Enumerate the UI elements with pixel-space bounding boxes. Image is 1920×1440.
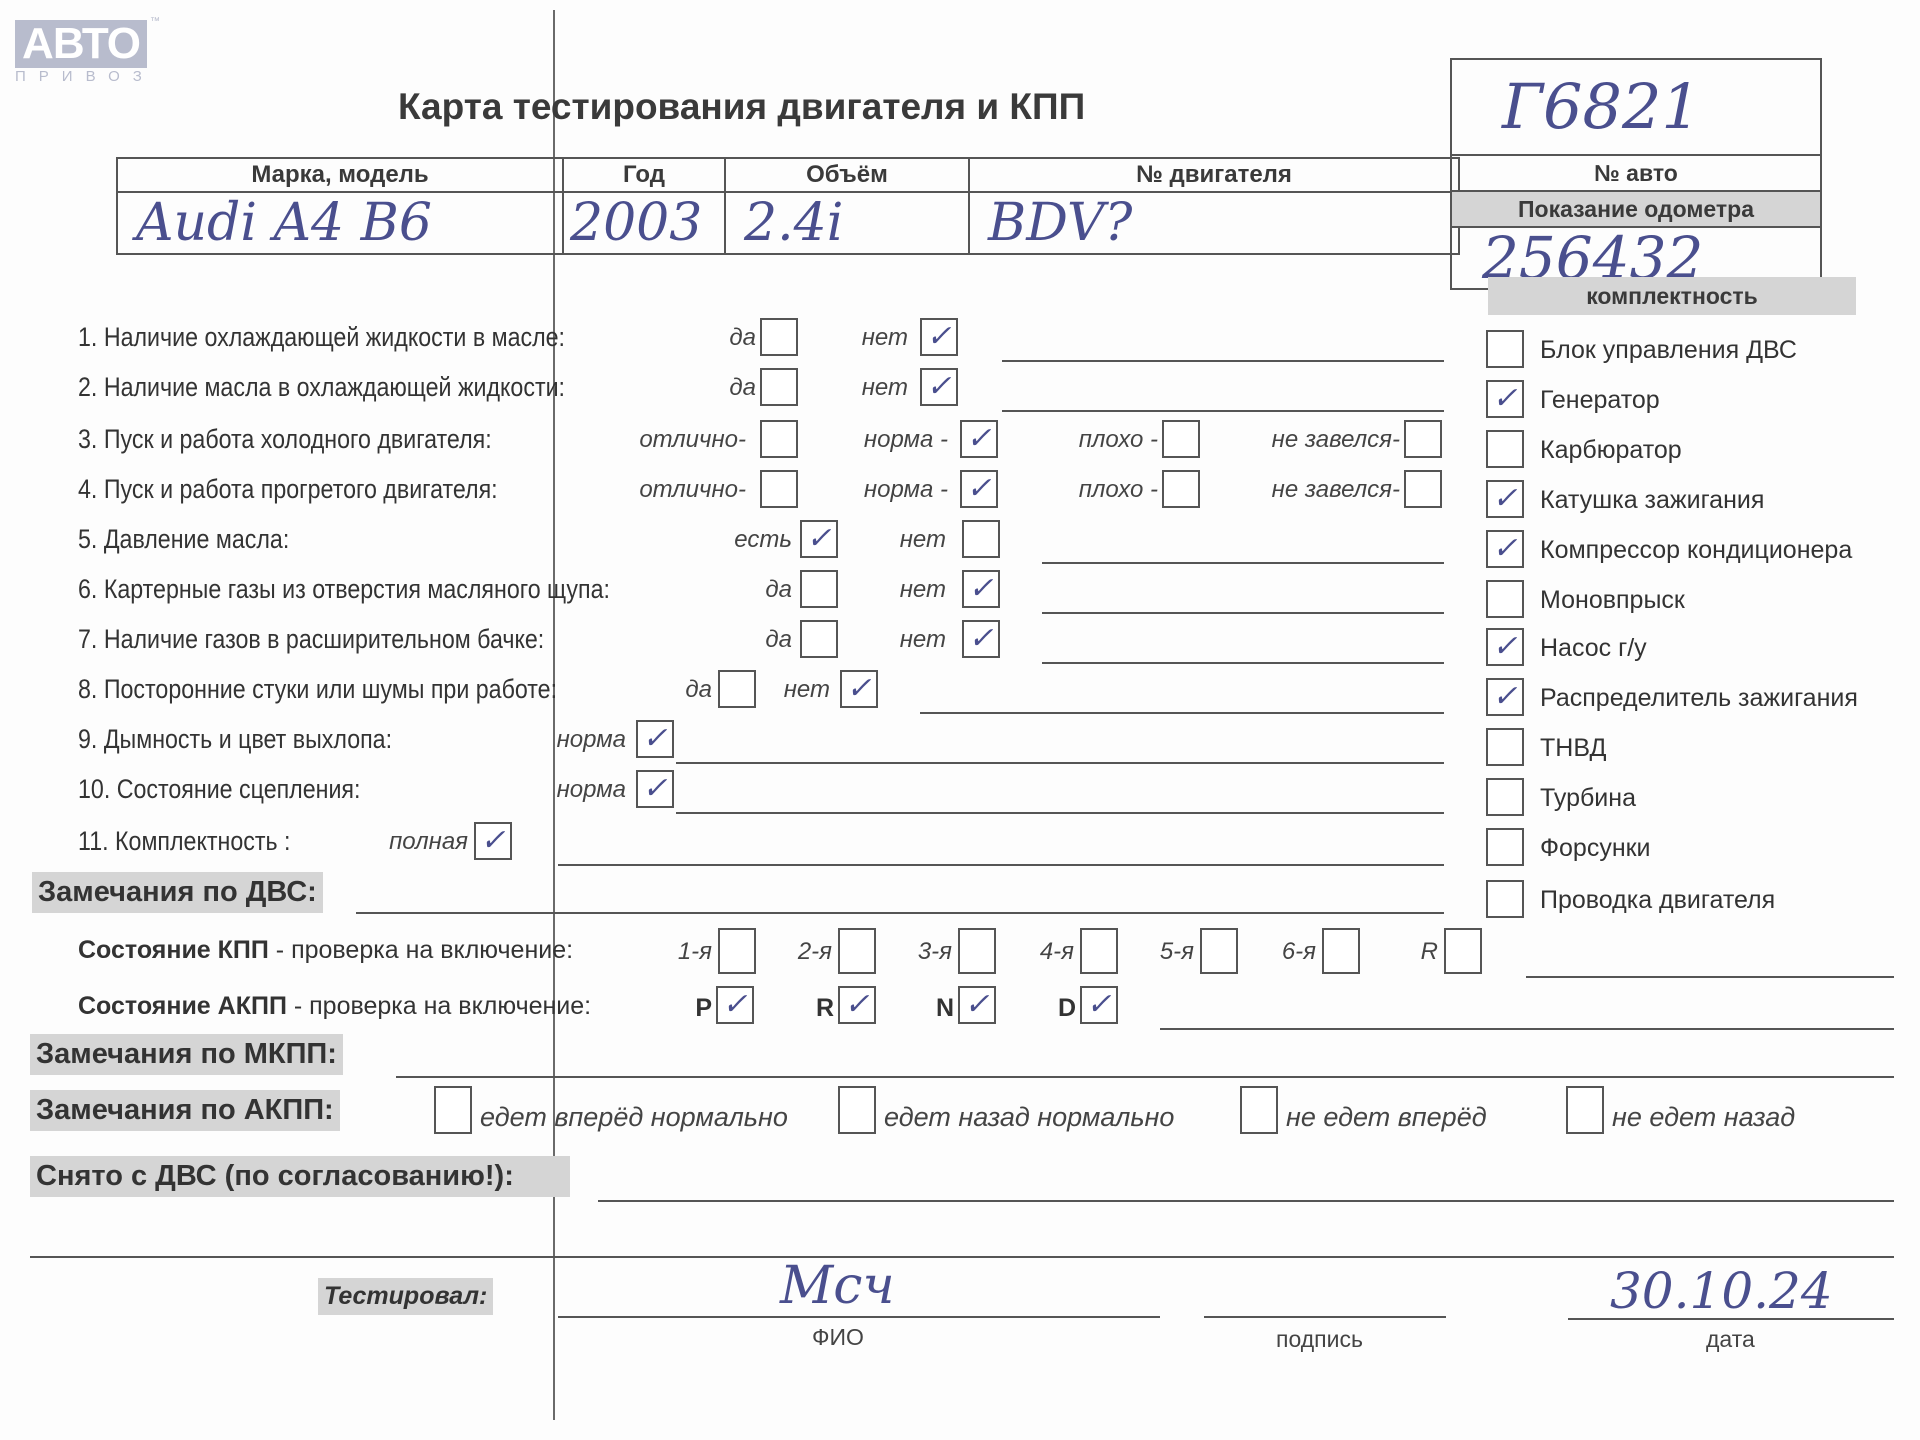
date-caption: дата — [1706, 1326, 1755, 1353]
akpp-remark-checkbox[interactable] — [838, 1086, 876, 1134]
check-3-label: 3. Пуск и работа холодного двигателя: — [78, 424, 492, 455]
check-4-option-label: отлично- — [639, 476, 746, 504]
kpp-label: Состояние КПП - проверка на включение: — [78, 936, 573, 965]
akpp-mode-label: N — [936, 994, 954, 1023]
check-6-label: 6. Картерные газы из отверстия масляного… — [78, 574, 610, 605]
check-9-checkbox[interactable]: ✓ — [636, 720, 674, 758]
check-8-checkbox[interactable] — [718, 670, 756, 708]
check-6-checkbox[interactable]: ✓ — [962, 570, 1000, 608]
signature-line[interactable] — [1204, 1316, 1446, 1318]
akpp-remark-checkbox[interactable] — [1566, 1086, 1604, 1134]
check-10-option-label: норма — [557, 776, 626, 804]
akpp-mode-label: D — [1058, 994, 1076, 1023]
remarks-mkpp-label: Замечания по МКПП: — [30, 1034, 343, 1075]
kpp-gear-label: 2-я — [798, 938, 832, 966]
komplektnost-item-label: Проводка двигателя — [1540, 886, 1775, 915]
tested-label: Тестировал: — [318, 1278, 493, 1315]
komplektnost-item-label: Турбина — [1540, 784, 1636, 813]
kpp-gear-label: 3-я — [918, 938, 952, 966]
akpp-mode-checkbox[interactable]: ✓ — [716, 986, 754, 1024]
check-7-option-label: да — [765, 626, 792, 654]
logo-subtitle: ПРИВОЗ — [15, 68, 155, 85]
komplektnost-checkbox[interactable] — [1486, 728, 1524, 766]
kpp-gear-checkbox[interactable] — [1444, 928, 1482, 974]
komplektnost-item-label: Распределитель зажигания — [1540, 684, 1858, 713]
check-4-checkbox[interactable] — [1162, 470, 1200, 508]
kpp-gear-checkbox[interactable] — [1080, 928, 1118, 974]
check-2-label: 2. Наличие масла в охлаждающей жидкости: — [78, 372, 565, 403]
komplektnost-item-label: Карбюратор — [1540, 436, 1682, 465]
check-1-option-label: да — [729, 324, 756, 352]
kpp-gear-checkbox[interactable] — [1322, 928, 1360, 974]
akpp-mode-label: R — [816, 994, 834, 1023]
check-2-remark-line[interactable] — [1002, 410, 1444, 412]
akpp-mode-label: P — [695, 994, 712, 1023]
check-11-remark-line[interactable] — [558, 864, 1444, 866]
logo: АВТО — [15, 20, 147, 68]
kpp-gear-label: R — [1421, 938, 1438, 966]
check-3-option-label: норма - — [864, 426, 948, 454]
komplektnost-checkbox[interactable] — [1486, 430, 1524, 468]
check-4-label: 4. Пуск и работа прогретого двигателя: — [78, 474, 498, 505]
removed-label: Снято с ДВС (по согласованию!): — [30, 1156, 570, 1197]
komplektnost-checkbox[interactable]: ✓ — [1486, 480, 1524, 518]
komplektnost-checkbox[interactable] — [1486, 828, 1524, 866]
check-9-remark-line[interactable] — [676, 762, 1444, 764]
check-8-option-label: да — [685, 676, 712, 704]
check-5-checkbox[interactable] — [962, 520, 1000, 558]
page-title: Карта тестирования двигателя и КПП — [398, 86, 1085, 128]
check-3-option-label: плохо - — [1079, 426, 1158, 454]
check-9-label: 9. Дымность и цвет выхлопа: — [78, 724, 392, 755]
check-3-checkbox[interactable] — [1404, 420, 1442, 458]
komplektnost-checkbox[interactable]: ✓ — [1486, 380, 1524, 418]
year-value[interactable]: 2003 — [563, 192, 725, 254]
akpp-remark-label: едет вперёд нормально — [480, 1102, 788, 1133]
fio-value[interactable]: Мсч — [780, 1256, 895, 1316]
komplektnost-heading: комплектность — [1488, 277, 1856, 315]
komplektnost-checkbox[interactable] — [1486, 330, 1524, 368]
col-header-engine-number: № двигателя — [969, 158, 1459, 192]
col-header-model: Марка, модель — [117, 158, 563, 192]
check-5-option-label: нет — [900, 526, 946, 554]
check-2-checkbox[interactable] — [760, 368, 798, 406]
date-value[interactable]: 30.10.24 — [1610, 1262, 1833, 1320]
check-7-checkbox[interactable] — [800, 620, 838, 658]
komplektnost-item-label: Форсунки — [1540, 834, 1651, 863]
akpp-remark-label: едет назад нормально — [884, 1102, 1174, 1133]
check-4-checkbox[interactable] — [1404, 470, 1442, 508]
check-6-option-label: да — [765, 576, 792, 604]
akpp-mode-checkbox[interactable]: ✓ — [1080, 986, 1118, 1024]
signature-caption: подпись — [1276, 1326, 1363, 1353]
plate-label: № авто — [1452, 156, 1820, 192]
col-header-year: Год — [563, 158, 725, 192]
model-value[interactable]: Audi A4 B6 — [117, 192, 563, 254]
komplektnost-item-label: Насос г/у — [1540, 634, 1647, 663]
check-6-option-label: нет — [900, 576, 946, 604]
check-6-checkbox[interactable] — [800, 570, 838, 608]
vehicle-info-table: Марка, модель Год Объём № двигателя Audi… — [116, 157, 1460, 255]
check-4-option-label: не завелся- — [1272, 476, 1400, 504]
akpp-mode-checkbox[interactable]: ✓ — [958, 986, 996, 1024]
check-1-option-label: нет — [862, 324, 908, 352]
akpp-remark-label: не едет вперёд — [1286, 1102, 1487, 1133]
kpp-gear-label: 5-я — [1160, 938, 1194, 966]
check-5-remark-line[interactable] — [1042, 562, 1444, 564]
check-9-option-label: норма — [557, 726, 626, 754]
kpp-gear-label: 1-я — [678, 938, 712, 966]
check-8-remark-line[interactable] — [920, 712, 1444, 714]
akpp-remark-checkbox[interactable] — [1240, 1086, 1278, 1134]
komplektnost-item-label: ТНВД — [1540, 734, 1606, 763]
odometer-label: Показание одометра — [1452, 192, 1820, 228]
volume-value[interactable]: 2.4i — [725, 192, 969, 254]
remarks-dvs-line[interactable] — [356, 912, 1444, 914]
check-1-checkbox[interactable] — [760, 318, 798, 356]
check-7-checkbox[interactable]: ✓ — [962, 620, 1000, 658]
check-10-remark-line[interactable] — [676, 812, 1444, 814]
check-3-option-label: отлично- — [639, 426, 746, 454]
akpp-mode-checkbox[interactable]: ✓ — [838, 986, 876, 1024]
remarks-mkpp-line[interactable] — [396, 1076, 1894, 1078]
kpp-gear-checkbox[interactable] — [838, 928, 876, 974]
check-8-label: 8. Посторонние стуки или шумы при работе… — [78, 674, 557, 705]
kpp-gear-checkbox[interactable] — [958, 928, 996, 974]
komplektnost-item-label: Генератор — [1540, 386, 1660, 415]
check-5-option-label: есть — [734, 526, 792, 554]
check-2-checkbox[interactable]: ✓ — [920, 368, 958, 406]
check-7-option-label: нет — [900, 626, 946, 654]
auto-number-box: Г6821 № авто Показание одометра 256432 — [1450, 58, 1822, 290]
check-5-checkbox[interactable]: ✓ — [800, 520, 838, 558]
fio-caption: ФИО — [812, 1324, 864, 1351]
komplektnost-checkbox[interactable]: ✓ — [1486, 530, 1524, 568]
komplektnost-checkbox[interactable] — [1486, 580, 1524, 618]
plate-value[interactable]: Г6821 — [1452, 60, 1820, 156]
check-11-checkbox[interactable]: ✓ — [474, 822, 512, 860]
komplektnost-item-label: Моновпрыск — [1540, 586, 1685, 615]
col-header-volume: Объём — [725, 158, 969, 192]
check-4-option-label: норма - — [864, 476, 948, 504]
komplektnost-checkbox[interactable] — [1486, 880, 1524, 918]
check-8-checkbox[interactable]: ✓ — [840, 670, 878, 708]
komplektnost-checkbox[interactable] — [1486, 778, 1524, 816]
remarks-dvs-label: Замечания по ДВС: — [32, 872, 323, 913]
check-10-checkbox[interactable]: ✓ — [636, 770, 674, 808]
kpp-gear-checkbox[interactable] — [718, 928, 756, 974]
removed-line[interactable] — [598, 1200, 1894, 1202]
logo-trademark: ™ — [150, 16, 160, 27]
check-3-checkbox[interactable] — [760, 420, 798, 458]
date-line[interactable] — [1568, 1318, 1894, 1320]
komplektnost-item-label: Блок управления ДВС — [1540, 336, 1797, 365]
check-7-label: 7. Наличие газов в расширительном бачке: — [78, 624, 544, 655]
check-8-option-label: нет — [784, 676, 830, 704]
check-3-checkbox[interactable] — [1162, 420, 1200, 458]
check-10-label: 10. Состояние сцепления: — [78, 774, 360, 805]
check-2-option-label: да — [729, 374, 756, 402]
remarks-akpp-label: Замечания по АКПП: — [30, 1090, 340, 1131]
komplektnost-item-label: Компрессор кондиционера — [1540, 536, 1852, 565]
check-11-option-label: полная — [389, 828, 468, 856]
check-11-label: 11. Комплектность : — [78, 826, 290, 857]
check-7-remark-line[interactable] — [1042, 662, 1444, 664]
engine-number-value[interactable]: BDV? — [969, 192, 1459, 254]
check-4-checkbox[interactable] — [760, 470, 798, 508]
komplektnost-checkbox[interactable]: ✓ — [1486, 628, 1524, 666]
check-2-option-label: нет — [862, 374, 908, 402]
check-6-remark-line[interactable] — [1042, 612, 1444, 614]
akpp-label: Состояние АКПП - проверка на включение: — [78, 992, 591, 1021]
check-1-label: 1. Наличие охлаждающей жидкости в масле: — [78, 322, 565, 353]
fio-line[interactable] — [558, 1316, 1160, 1318]
komplektnost-checkbox[interactable]: ✓ — [1486, 678, 1524, 716]
akpp-remarks-line[interactable] — [1160, 1028, 1894, 1030]
check-4-option-label: плохо - — [1079, 476, 1158, 504]
check-1-remark-line[interactable] — [1002, 360, 1444, 362]
kpp-gear-label: 4-я — [1040, 938, 1074, 966]
check-3-option-label: не завелся- — [1272, 426, 1400, 454]
divider-line — [30, 1256, 1894, 1258]
akpp-remark-label: не едет назад — [1612, 1102, 1795, 1133]
check-3-checkbox[interactable]: ✓ — [960, 420, 998, 458]
kpp-gear-label: 6-я — [1282, 938, 1316, 966]
kpp-gear-checkbox[interactable] — [1200, 928, 1238, 974]
akpp-remark-checkbox[interactable] — [434, 1086, 472, 1134]
kpp-remarks-line[interactable] — [1526, 976, 1894, 978]
check-5-label: 5. Давление масла: — [78, 524, 289, 555]
check-1-checkbox[interactable]: ✓ — [920, 318, 958, 356]
check-4-checkbox[interactable]: ✓ — [960, 470, 998, 508]
komplektnost-item-label: Катушка зажигания — [1540, 486, 1764, 515]
